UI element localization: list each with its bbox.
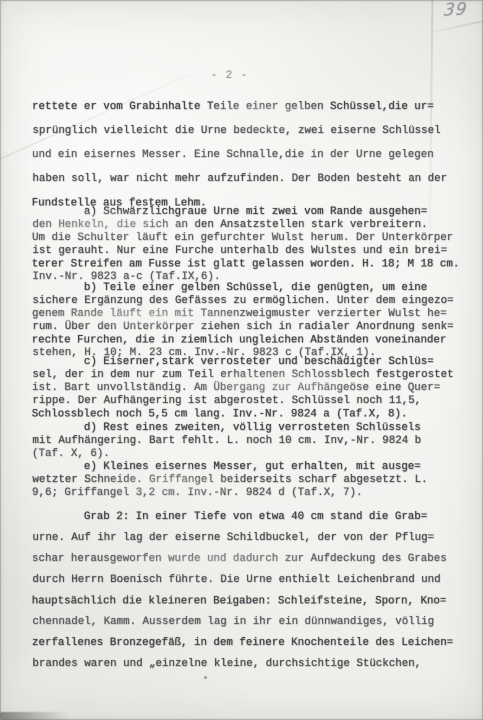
text-line: rum. Über den Unterkörper ziehen sich in… (32, 321, 472, 334)
text-line: 9,6; Griffangel 3,2 cm. Inv.-Nr. 9824 d … (32, 487, 472, 500)
text-line: Grab 2: In einer Tiefe von etwa 40 cm st… (32, 507, 472, 528)
paragraph-grab-2: Grab 2: In einer Tiefe von etwa 40 cm st… (32, 507, 472, 675)
text-line: Schlossblech noch 5,5 cm lang. Inv.-Nr. … (32, 408, 472, 421)
text-line: Um die Schulter läuft ein gefurchter Wul… (32, 232, 472, 245)
paper-speck (351, 640, 353, 646)
text-line: zerfallenes Bronzegefäß, in dem feinere … (32, 633, 472, 654)
handwritten-page-number: 39 (443, 0, 468, 20)
text-line: terer Streifen am Fusse ist glatt gelass… (32, 258, 472, 271)
catalog-item-d: d) Rest eines zweiten, völlig verrostete… (32, 422, 472, 461)
text-line: schar herausgeworfen wurde und dadurch z… (32, 549, 472, 570)
catalog-item-c: c) Eiserner,stark verrosteter und beschä… (32, 356, 472, 421)
text-line: brandes waren und „einzelne kleine, durc… (32, 654, 472, 675)
text-line: sprünglich vielleicht die Urne bedeckte,… (32, 119, 472, 143)
catalog-item-b: b) Teile einer gelben Schüssel, die genü… (32, 282, 472, 360)
scan-edge-smudge (0, 712, 70, 720)
catalog-item-a: a) Schwärzlichgraue Urne mit zwei vom Ra… (32, 206, 472, 284)
text-line: (Taf. X, 6). (32, 448, 472, 461)
text-line: ist gerauht. Nur eine Furche unterhalb d… (32, 245, 472, 258)
text-line: b) Teile einer gelben Schüssel, die genü… (32, 282, 472, 295)
text-line: sichere Ergänzung des Gefässes zu ermögl… (32, 295, 472, 308)
page-number-header: - 2 - (0, 70, 459, 83)
text-line: wetzter Schneide. Griffangel beiderseits… (32, 474, 472, 487)
text-line: den Henkeln, die sich an den Ansatzstell… (32, 219, 472, 232)
text-line: hauptsächlich die kleineren Beigaben: Sc… (32, 591, 472, 612)
text-line: c) Eiserner,stark verrosteter und beschä… (32, 356, 472, 369)
text-line: chennadel, Kamm. Ausserdem lag in ihr ei… (32, 612, 472, 633)
text-line: rechte Furchen, die in ziemlich ungleich… (32, 334, 472, 347)
text-line: d) Rest eines zweiten, völlig verrostete… (32, 422, 472, 435)
text-line: urne. Auf ihr lag der eiserne Schildbuck… (32, 528, 472, 549)
text-line: e) Kleines eisernes Messer, gut erhalten… (32, 461, 472, 474)
text-line: rippe. Der Aufhängering ist abgerostet. … (32, 395, 472, 408)
paper-speck (204, 676, 207, 679)
text-line: a) Schwärzlichgraue Urne mit zwei vom Ra… (32, 206, 472, 219)
text-line: und ein eisernes Messer. Eine Schnalle,d… (32, 143, 472, 167)
text-line: genem Rande läuft ein mit Tannenzweigmus… (32, 308, 472, 321)
paper-crease-top-right (428, 20, 483, 33)
catalog-item-e: e) Kleines eisernes Messer, gut erhalten… (32, 461, 472, 500)
text-line: haben soll, war nicht mehr aufzufinden. … (32, 167, 472, 191)
text-line: mit Aufhängering. Bart fehlt. L. noch 10… (32, 435, 472, 448)
text-line: durch Herrn Boenisch führte. Die Urne en… (32, 570, 472, 591)
text-line: sel, der in dem nur zum Teil erhaltenen … (32, 369, 472, 382)
text-line: ist. Bart unvollständig. Am Übergang zur… (32, 382, 472, 395)
scanned-page: 39 - 2 - rettete er vom Grabinhalte Teil… (0, 0, 483, 720)
